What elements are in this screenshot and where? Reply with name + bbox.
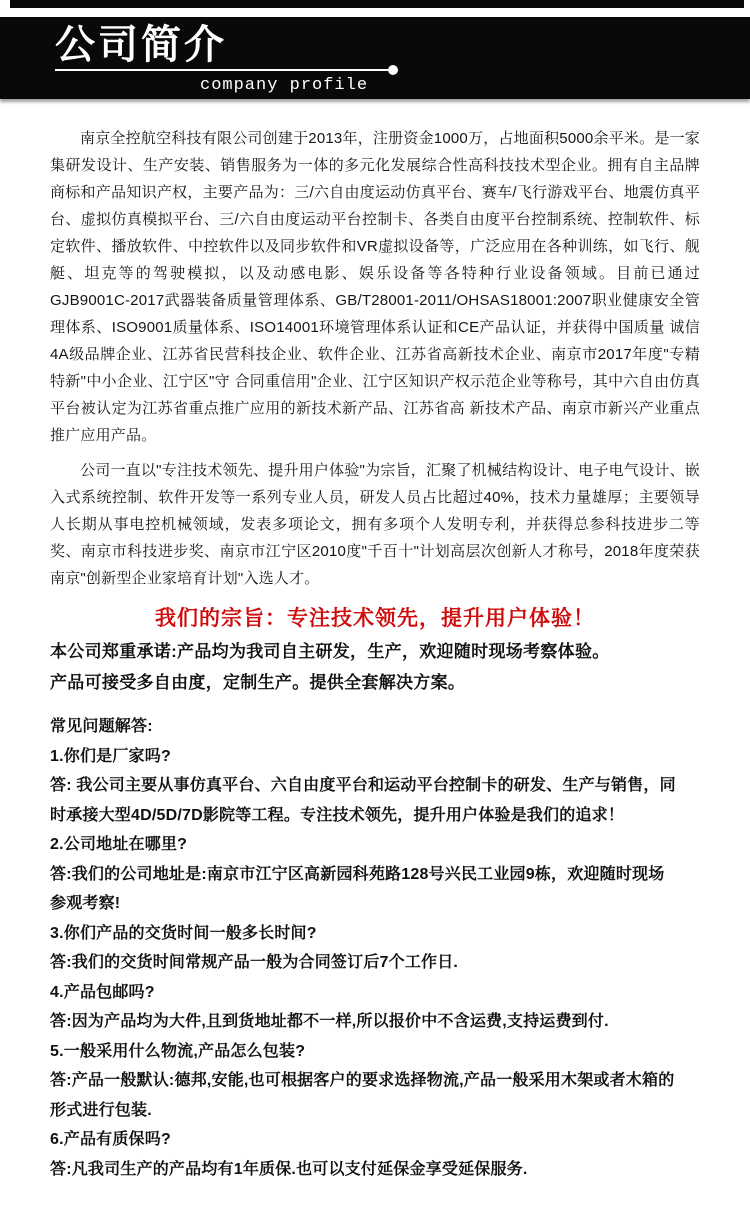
page-subtitle: company profile: [200, 76, 750, 95]
faq-answer-5: 答:产品一般默认:德邦,安能,也可根据客户的要求选择物流,产品一般采用木架或者木…: [50, 1066, 678, 1125]
title-underline: [55, 69, 388, 71]
faq-item: 3.你们产品的交货时间一般多长时间? 答:我们的交货时间常规产品一般为合同签订后…: [50, 919, 678, 978]
faq-question-1: 1.你们是厂家吗?: [50, 742, 678, 772]
faq-answer-3: 答:我们的交货时间常规产品一般为合同签订后7个工作日.: [50, 948, 678, 978]
faq-answer-2: 答:我们的公司地址是:南京市江宁区高新园科苑路128号兴民工业园9栋，欢迎随时现…: [50, 860, 678, 919]
faq-item: 2.公司地址在哪里? 答:我们的公司地址是:南京市江宁区高新园科苑路128号兴民…: [50, 830, 678, 919]
faq-question-4: 4.产品包邮吗?: [50, 978, 678, 1008]
faq-answer-1: 答: 我公司主要从事仿真平台、六自由度平台和运动平台控制卡的研发、生产与销售，同…: [50, 771, 678, 830]
header-banner: 公司简介 company profile: [0, 17, 750, 99]
intro-paragraph-2: 公司一直以"专注技术领先、提升用户体验"为宗旨，汇聚了机械结构设计、电子电气设计…: [50, 457, 700, 592]
promise-line-1: 本公司郑重承诺:产品均为我司自主研发，生产，欢迎随时现场考察体验。: [50, 636, 700, 667]
top-accent-bar: [10, 0, 744, 8]
faq-section: 常见问题解答: 1.你们是厂家吗? 答: 我公司主要从事仿真平台、六自由度平台和…: [50, 712, 678, 1184]
faq-item: 5.一般采用什么物流,产品怎么包装? 答:产品一般默认:德邦,安能,也可根据客户…: [50, 1037, 678, 1126]
faq-question-3: 3.你们产品的交货时间一般多长时间?: [50, 919, 678, 949]
faq-title: 常见问题解答:: [50, 712, 678, 742]
slogan-heading: 我们的宗旨：专注技术领先，提升用户体验！: [50, 602, 700, 632]
promise-line-2: 产品可接受多自由度，定制生产。提供全套解决方案。: [50, 667, 700, 698]
faq-answer-4: 答:因为产品均为大件,且到货地址都不一样,所以报价中不含运费,支持运费到付.: [50, 1007, 678, 1037]
faq-question-2: 2.公司地址在哪里?: [50, 830, 678, 860]
faq-item: 1.你们是厂家吗? 答: 我公司主要从事仿真平台、六自由度平台和运动平台控制卡的…: [50, 742, 678, 831]
faq-question-6: 6.产品有质保吗?: [50, 1125, 678, 1155]
content-area: 南京全控航空科技有限公司创建于2013年，注册资金1000万，占地面积5000余…: [0, 125, 750, 1214]
faq-item: 4.产品包邮吗? 答:因为产品均为大件,且到货地址都不一样,所以报价中不含运费,…: [50, 978, 678, 1037]
page-title: 公司简介: [55, 23, 750, 67]
faq-question-5: 5.一般采用什么物流,产品怎么包装?: [50, 1037, 678, 1067]
company-profile-page: 公司简介 company profile 南京全控航空科技有限公司创建于2013…: [0, 0, 750, 1214]
faq-answer-6: 答:凡我司生产的产品均有1年质保.也可以支付延保金享受延保服务.: [50, 1155, 678, 1185]
underline-dot-icon: [388, 65, 398, 75]
faq-item: 6.产品有质保吗? 答:凡我司生产的产品均有1年质保.也可以支付延保金享受延保服…: [50, 1125, 678, 1184]
intro-paragraph-1: 南京全控航空科技有限公司创建于2013年，注册资金1000万，占地面积5000余…: [50, 125, 700, 449]
